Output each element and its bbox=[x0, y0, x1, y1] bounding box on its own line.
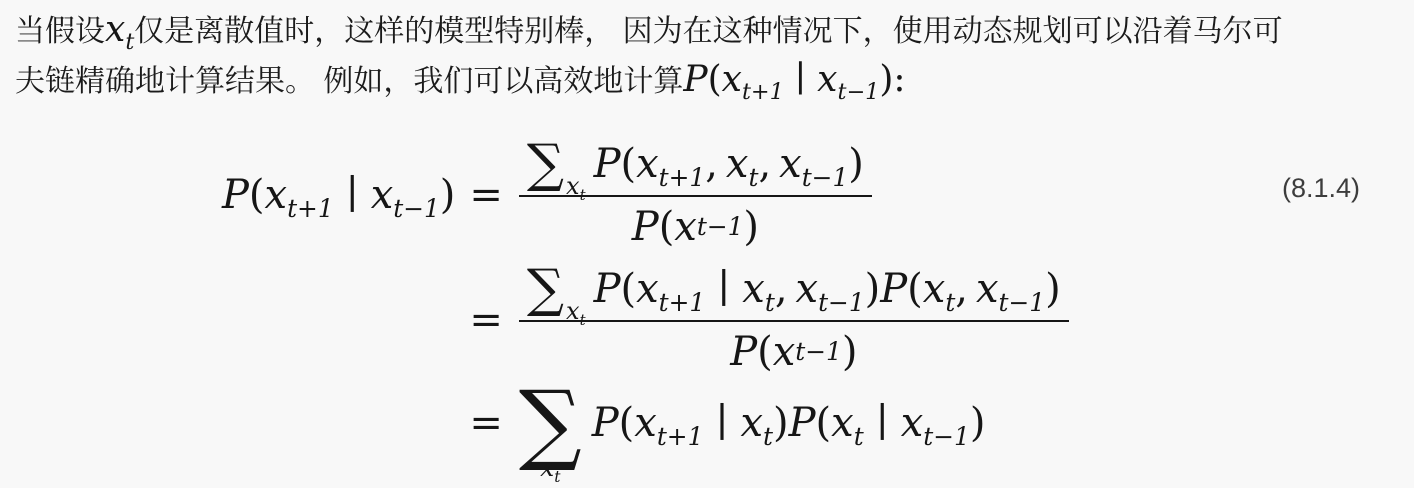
inline-math-conditional-probability: P(xt+1 ∣ xt−1): bbox=[683, 59, 905, 100]
math-run: P(xt+1 ∣ xt, xt−1)P(xt, xt−1) bbox=[594, 266, 1061, 312]
equation-row1-rhs: = ∑xt P(xt+1, xt, xt−1) P(xt−1) bbox=[469, 137, 1068, 253]
paragraph: 当假设xt仅是离散值时，这样的模型特别棒， 因为在这种情况下，使用动态规划可以沿… bbox=[0, 0, 1414, 107]
equals-sign: = bbox=[469, 297, 503, 343]
sum-inline: ∑xt bbox=[527, 265, 584, 313]
equation-aligned-rows: P(xt+1 ∣ xt−1) = ∑xt P(xt+1, xt, xt−1) P… bbox=[222, 137, 1414, 459]
paragraph-text: 当假设 bbox=[15, 15, 105, 48]
fraction-denominator: P(xt−1) bbox=[722, 322, 865, 378]
equation-number: (8.1.4) bbox=[1282, 173, 1360, 204]
paragraph-line-2: 夫链精确地计算结果。 例如，我们可以高效地计算P(xt+1 ∣ xt−1): bbox=[15, 57, 1404, 107]
fraction: ∑xt P(xt+1 ∣ xt, xt−1)P(xt, xt−1) P(xt−1… bbox=[519, 262, 1069, 378]
equation-row3-rhs: = ∑ xt P(xt+1 ∣ xt)P(xt ∣ xt−1) bbox=[469, 387, 1068, 459]
fraction-numerator: ∑xt P(xt+1, xt, xt−1) bbox=[519, 137, 872, 195]
paragraph-text: 仅是离散值时，这样的模型特别棒， 因为在这种情况下，使用动态规划可以沿着马尔可 bbox=[134, 15, 1282, 48]
document-page: 当假设xt仅是离散值时，这样的模型特别棒， 因为在这种情况下，使用动态规划可以沿… bbox=[0, 0, 1414, 488]
sigma-icon: ∑ bbox=[527, 265, 564, 313]
paragraph-text: 夫链精确地计算结果。 例如，我们可以高效地计算 bbox=[15, 65, 683, 98]
math-run: P(xt+1 ∣ xt)P(xt ∣ xt−1) bbox=[592, 400, 986, 446]
fraction-numerator: ∑xt P(xt+1 ∣ xt, xt−1)P(xt, xt−1) bbox=[519, 262, 1069, 320]
display-equation-8-1-4: P(xt+1 ∣ xt−1) = ∑xt P(xt+1, xt, xt−1) P… bbox=[222, 137, 1414, 488]
sigma-icon: ∑ bbox=[527, 140, 564, 188]
sum-limit-below: xt bbox=[540, 455, 560, 480]
inline-math-xt: xt bbox=[105, 9, 134, 50]
sum-subscript: xt bbox=[566, 186, 586, 195]
fraction-denominator: P(xt−1) bbox=[624, 197, 767, 253]
equals-sign: = bbox=[469, 172, 503, 218]
fraction: ∑xt P(xt+1, xt, xt−1) P(xt−1) bbox=[519, 137, 872, 253]
sigma-icon: ∑ bbox=[519, 387, 582, 459]
paragraph-line-1: 当假设xt仅是离散值时，这样的模型特别棒， 因为在这种情况下，使用动态规划可以沿… bbox=[15, 7, 1404, 57]
sum-display: ∑ xt bbox=[519, 387, 582, 459]
sum-inline: ∑xt bbox=[527, 140, 584, 188]
equation-row1-lhs: P(xt+1 ∣ xt−1) bbox=[222, 172, 455, 218]
sum-subscript: xt bbox=[566, 311, 586, 320]
math-run: P(xt+1, xt, xt−1) bbox=[594, 141, 864, 187]
equals-sign: = bbox=[469, 400, 503, 446]
equation-row2-rhs: = ∑xt P(xt+1 ∣ xt, xt−1)P(xt, xt−1) P(xt… bbox=[469, 262, 1068, 378]
